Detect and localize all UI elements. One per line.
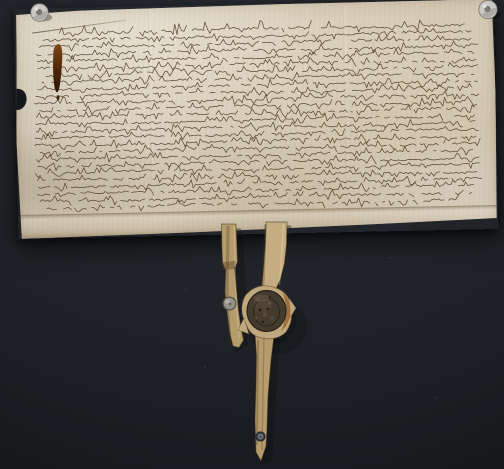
script-line bbox=[36, 104, 479, 123]
script-line bbox=[43, 27, 471, 45]
dust-speck bbox=[435, 397, 437, 399]
wax-seal bbox=[238, 286, 296, 339]
right-parchment-tag bbox=[255, 222, 287, 461]
script-line bbox=[38, 54, 477, 73]
script-line bbox=[36, 145, 472, 165]
left-parchment-tag bbox=[222, 224, 244, 348]
script-line bbox=[35, 159, 479, 178]
metal-button bbox=[223, 297, 237, 311]
tag-bottom-pin bbox=[256, 432, 265, 441]
script-line bbox=[39, 33, 478, 51]
dust-speck bbox=[185, 289, 187, 291]
manuscript-text-block bbox=[14, 0, 499, 239]
dust-speck bbox=[389, 257, 391, 259]
tag-slit-shadow bbox=[265, 225, 291, 229]
script-line bbox=[36, 118, 475, 137]
script-line bbox=[36, 40, 478, 60]
photo-backdrop-board bbox=[0, 0, 504, 469]
script-line bbox=[35, 132, 476, 150]
script-line bbox=[46, 61, 478, 80]
script-line bbox=[39, 96, 476, 115]
cast-shadows bbox=[226, 230, 308, 465]
script-line bbox=[37, 47, 474, 66]
script-line bbox=[36, 82, 472, 101]
parchment-sheet bbox=[14, 0, 499, 239]
ink-stain-drip bbox=[56, 95, 59, 100]
tag-slit-shadow bbox=[221, 228, 241, 231]
dust-speck bbox=[204, 366, 206, 368]
charter-document bbox=[14, 0, 499, 239]
